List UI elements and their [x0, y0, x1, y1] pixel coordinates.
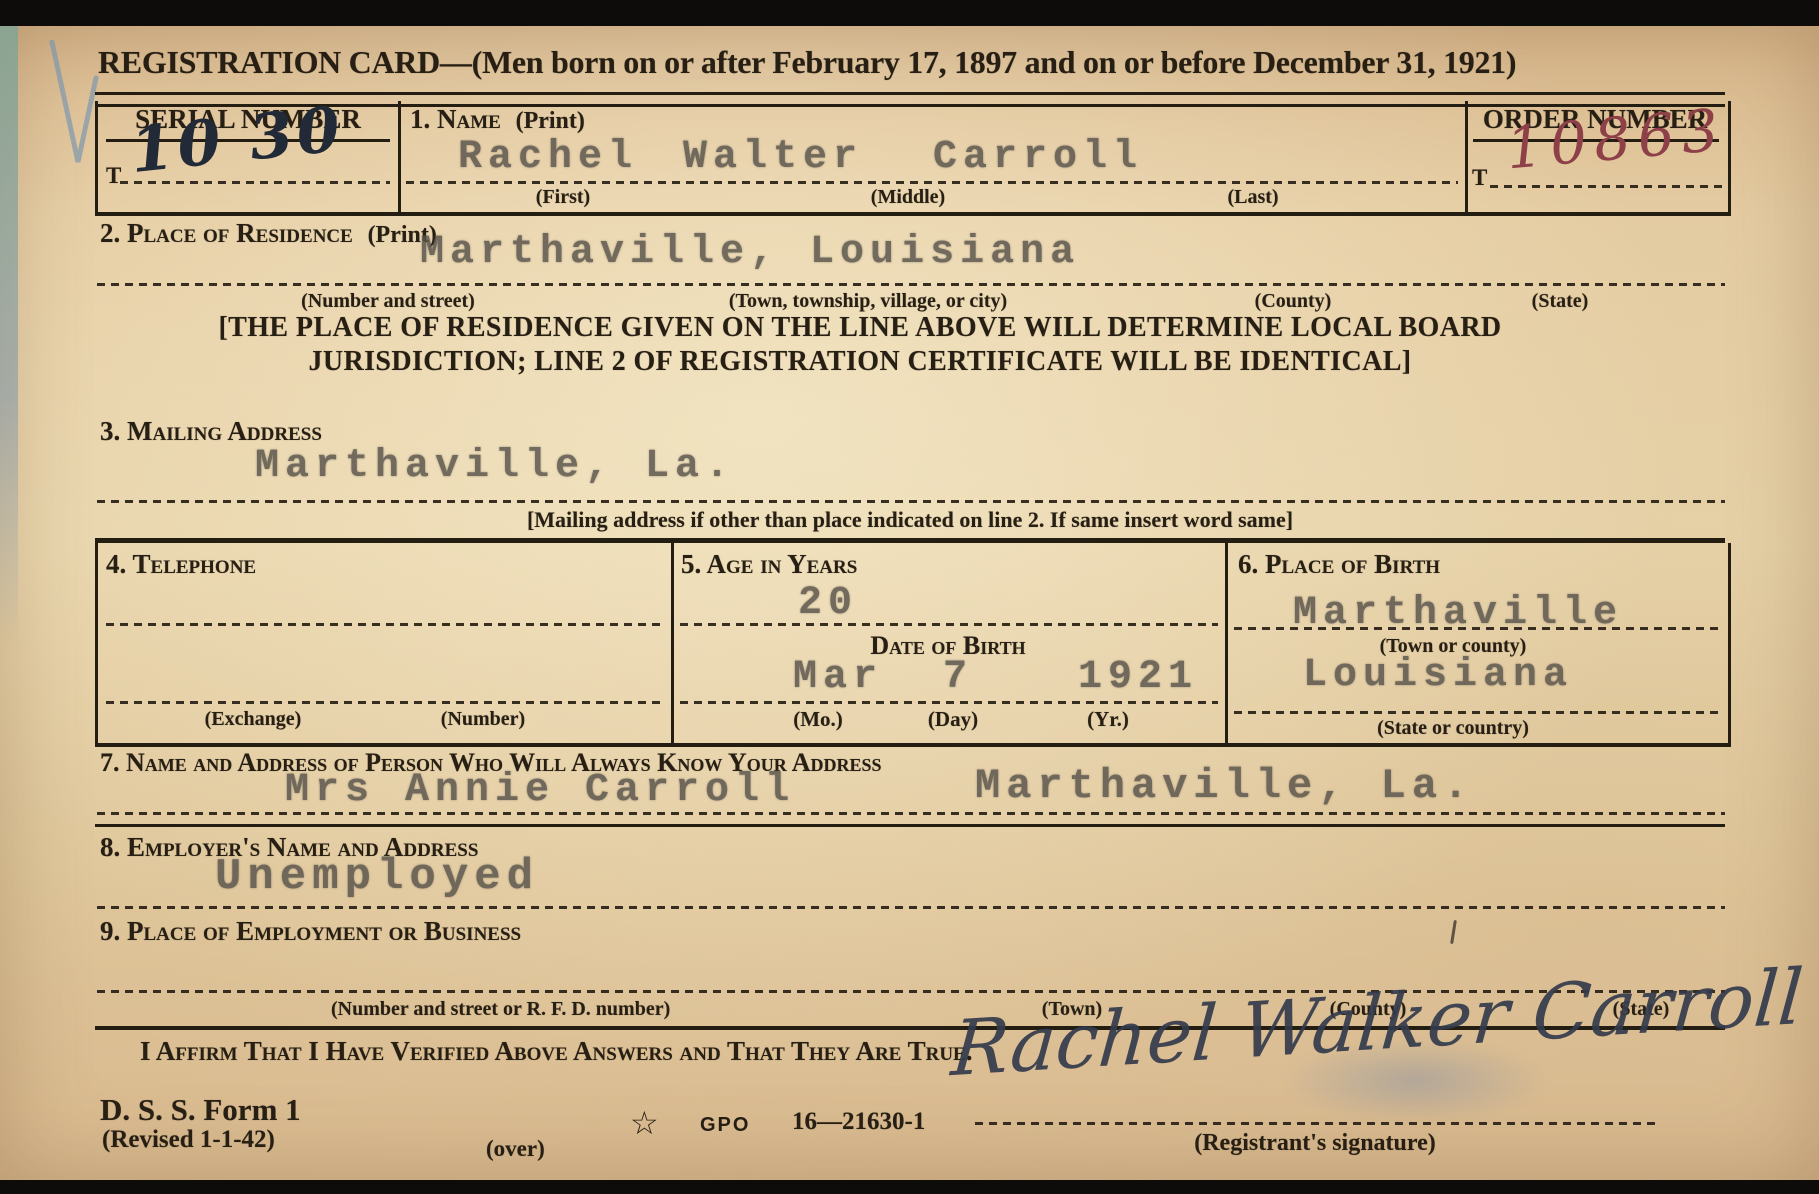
- age-line-1: [680, 623, 1218, 626]
- residence-heading: 2. Place of Residence (Print): [100, 218, 437, 249]
- signature-line: [975, 1122, 1655, 1125]
- telephone-sublabel-number: (Number): [413, 708, 553, 731]
- birth-heading: 6. Place of Birth: [1238, 549, 1440, 580]
- order-line: [1490, 185, 1722, 188]
- card-title: REGISTRATION CARD—(Men born on or after …: [98, 44, 1516, 81]
- employment-heading: 9. Place of Employment or Business: [100, 916, 521, 947]
- order-prefix: T: [1472, 165, 1487, 191]
- serial-prefix: T: [106, 163, 121, 189]
- name-last-sublabel: (Last): [1193, 186, 1313, 209]
- residence-value: Marthaville, Louisiana: [420, 230, 1080, 275]
- divider-serial-name: [398, 101, 401, 212]
- dob-sublabel-day: (Day): [888, 707, 1018, 732]
- row-telephone-age-birth: 4. Telephone (Exchange) (Number) 5. Age …: [95, 543, 1731, 747]
- name-first-value: Rachel: [458, 135, 638, 180]
- employer-line: [97, 906, 1725, 909]
- star-icon: ☆: [630, 1104, 659, 1142]
- telephone-line-1: [106, 623, 663, 626]
- form-number: D. S. S. Form 1: [100, 1092, 301, 1128]
- name-middle-value: Walter: [683, 135, 863, 180]
- residence-line: [97, 283, 1725, 286]
- over-label: (over): [486, 1136, 545, 1162]
- mailing-heading: 3. Mailing Address: [100, 416, 322, 447]
- scanned-registration-card: REGISTRATION CARD—(Men born on or after …: [0, 0, 1819, 1194]
- birth-state-sublabel: (State or country): [1328, 717, 1578, 740]
- dob-month-value: Mar: [793, 655, 883, 700]
- telephone-sublabel-exchange: (Exchange): [183, 708, 323, 731]
- contact-line: [97, 812, 1725, 815]
- name-label: 1. Name: [410, 104, 501, 134]
- residence-sublabel-town: (Town, township, village, or city): [693, 290, 1043, 313]
- residence-note-line1: [THE PLACE OF RESIDENCE GIVEN ON THE LIN…: [150, 312, 1570, 344]
- mailing-note: [Mailing address if other than place ind…: [95, 507, 1725, 533]
- residence-note-line2: JURISDICTION; LINE 2 OF REGISTRATION CER…: [150, 346, 1570, 378]
- card-paper: REGISTRATION CARD—(Men born on or after …: [0, 26, 1819, 1180]
- mailing-line: [97, 500, 1725, 503]
- birth-line-1: [1234, 627, 1720, 630]
- contact-address-value: Marthaville, La.: [975, 762, 1474, 810]
- employment-sublabel-street: (Number and street or R. F. D. number): [331, 998, 631, 1021]
- signature-sublabel: (Registrant's signature): [1055, 1130, 1575, 1157]
- dob-sublabel-year: (Yr.): [1043, 707, 1173, 732]
- birth-line-2: [1234, 711, 1720, 714]
- age-heading: 5. Age in Years: [681, 549, 857, 580]
- form-revised: (Revised 1-1-42): [102, 1126, 275, 1154]
- age-line-2: [680, 701, 1218, 704]
- residence-label: 2. Place of Residence: [100, 218, 353, 248]
- serial-line: [120, 181, 390, 184]
- residence-sublabel-state: (State): [1485, 290, 1635, 313]
- telephone-heading: 4. Telephone: [106, 549, 256, 580]
- row-serial-name-order: SERIAL NUMBER T 10 30 1. Name (Print) Ra…: [95, 101, 1731, 216]
- name-last-value: Carroll: [933, 135, 1143, 180]
- residence-sublabel-street: (Number and street): [288, 290, 488, 313]
- residence-sublabel-county: (County): [1218, 290, 1368, 313]
- stray-pen-tick: [1450, 920, 1457, 944]
- name-middle-sublabel: (Middle): [838, 186, 978, 209]
- name-heading: 1. Name (Print): [410, 104, 585, 135]
- employer-value: Unemployed: [215, 852, 539, 902]
- print-code: 16—21630-1: [792, 1108, 925, 1136]
- divider-age-birth: [1225, 543, 1228, 743]
- gpo-label: GPO: [700, 1114, 750, 1137]
- dob-sublabel-month: (Mo.): [753, 707, 883, 732]
- telephone-line-2: [106, 701, 663, 704]
- name-label-suffix: (Print): [516, 108, 585, 134]
- name-first-sublabel: (First): [503, 186, 623, 209]
- mailing-value: Marthaville, La.: [255, 444, 735, 489]
- dob-day-value: 7: [943, 655, 973, 700]
- dob-year-value: 1921: [1078, 655, 1198, 700]
- affirmation-text: I Affirm That I Have Verified Above Answ…: [140, 1036, 972, 1067]
- contact-bottom-rule: [95, 824, 1725, 827]
- name-line: [406, 181, 1458, 184]
- scan-edge-strip: [0, 26, 18, 646]
- birth-state-value: Louisiana: [1303, 653, 1573, 698]
- contact-name-value: Mrs Annie Carroll: [285, 768, 795, 813]
- age-value: 20: [798, 581, 858, 626]
